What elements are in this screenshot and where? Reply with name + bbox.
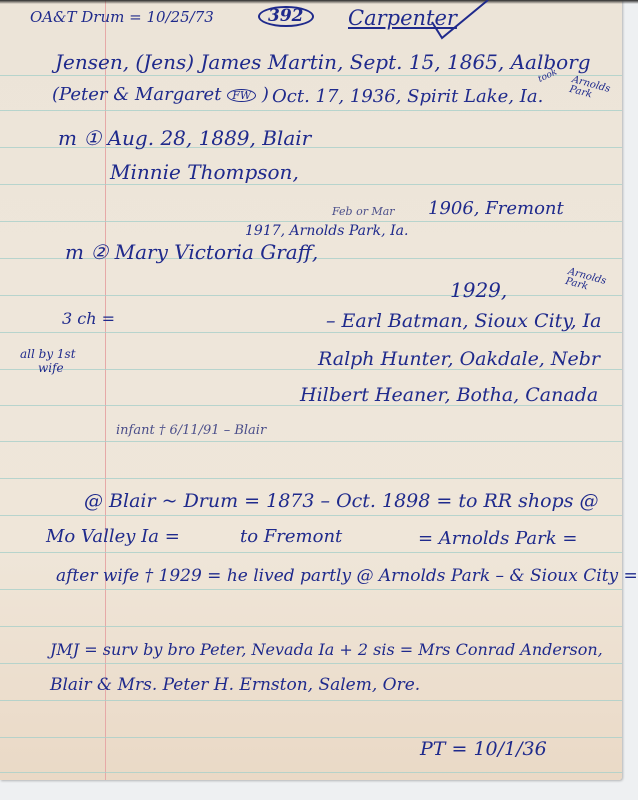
parents-close: )	[262, 84, 269, 105]
marriage-2-date-note: Feb or Mar	[332, 206, 395, 217]
footer-reference: PT = 10/1/36	[420, 740, 547, 759]
parents-badge: FW	[227, 89, 256, 102]
residence-line-2-a: Mo Valley Ia =	[46, 528, 180, 546]
rule-line	[0, 184, 622, 185]
rule-line	[0, 515, 622, 516]
child-3: Hilbert Heaner, Botha, Canada	[300, 386, 598, 405]
rule-line	[0, 478, 622, 479]
survivors-line-2: Blair & Mrs. Peter H. Ernston, Salem, Or…	[50, 677, 420, 694]
marriage-1-spouse: Minnie Thompson,	[110, 162, 299, 182]
rule-line	[0, 441, 622, 442]
parents-names: (Peter & Margaret	[52, 84, 221, 105]
marriage-1-date: m ① Aug. 28, 1889, Blair	[58, 128, 311, 148]
subject-name-birth: Jensen, (Jens) James Martin, Sept. 15, 1…	[55, 52, 591, 72]
marriage-2-date: 1906, Fremont	[428, 200, 564, 218]
rule-line	[0, 663, 622, 664]
infant-death: infant † 6/11/91 – Blair	[116, 424, 266, 437]
rule-line	[0, 626, 622, 627]
residence-line-3: after wife † 1929 = he lived partly @ Ar…	[56, 568, 638, 585]
children-count: 3 ch =	[62, 311, 115, 327]
record-number: 392	[258, 6, 314, 27]
marriage-2-death-place: 1917, Arnolds Park, Ia.	[245, 224, 408, 238]
source-reference: OA&T Drum = 10/25/73	[30, 10, 214, 25]
children-note-line2: wife	[38, 362, 64, 374]
rule-line	[0, 75, 622, 76]
child-1: – Earl Batman, Sioux City, Ia	[326, 312, 601, 331]
rule-line	[0, 589, 622, 590]
subject-death: Oct. 17, 1936, Spirit Lake, Ia.	[272, 88, 543, 106]
marriage-2-death-year: 1929,	[450, 280, 507, 300]
survivors-line-1: JMJ = surv by bro Peter, Nevada Ia + 2 s…	[50, 642, 603, 658]
rule-line	[0, 221, 622, 222]
rule-line	[0, 700, 622, 701]
child-2: Ralph Hunter, Oakdale, Nebr	[318, 350, 600, 369]
rule-line	[0, 552, 622, 553]
subject-parents: (Peter & Margaret FW )	[52, 86, 269, 104]
marriage-2-spouse: m ② Mary Victoria Graff,	[65, 242, 318, 262]
residence-line-1: @ Blair ~ Drum = 1873 – Oct. 1898 = to R…	[84, 492, 599, 511]
rule-line	[0, 295, 622, 296]
residence-line-2-c: = Arnolds Park =	[418, 530, 577, 548]
residence-line-2-b: to Fremont	[240, 528, 342, 546]
rule-line	[0, 772, 622, 773]
children-note-line1: all by 1st	[20, 348, 76, 360]
rule-line	[0, 332, 622, 333]
rule-line	[0, 110, 622, 111]
check-mark-icon	[430, 0, 490, 42]
scan-top-shadow	[0, 0, 638, 4]
